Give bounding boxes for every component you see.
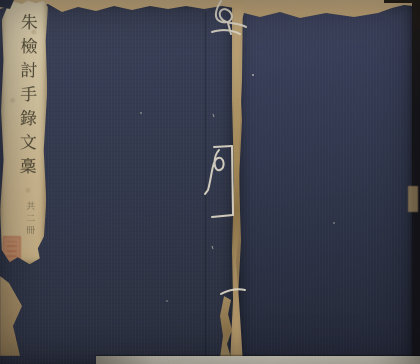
dust-speck <box>252 74 254 76</box>
right-volume-cover <box>238 0 412 364</box>
right-edge-worn-notch <box>408 186 418 212</box>
title-calligraphy: 朱檢討手錄文稾 <box>13 13 40 213</box>
dust-speck <box>333 222 335 224</box>
backdrop-right-edge <box>412 0 420 364</box>
top-right-dark-edge <box>384 0 420 3</box>
dust-speck <box>140 112 142 114</box>
dust-speck <box>166 300 168 302</box>
bottom-page-edge-strip <box>96 356 420 364</box>
title-label: 朱檢討手錄文稾 共二冊 <box>0 0 48 264</box>
photo-of-stitched-bound-books: 朱檢討手錄文稾 共二冊 <box>0 0 420 364</box>
volume-count-note: 共二冊 <box>23 201 36 249</box>
cover-crease-line <box>205 12 206 360</box>
